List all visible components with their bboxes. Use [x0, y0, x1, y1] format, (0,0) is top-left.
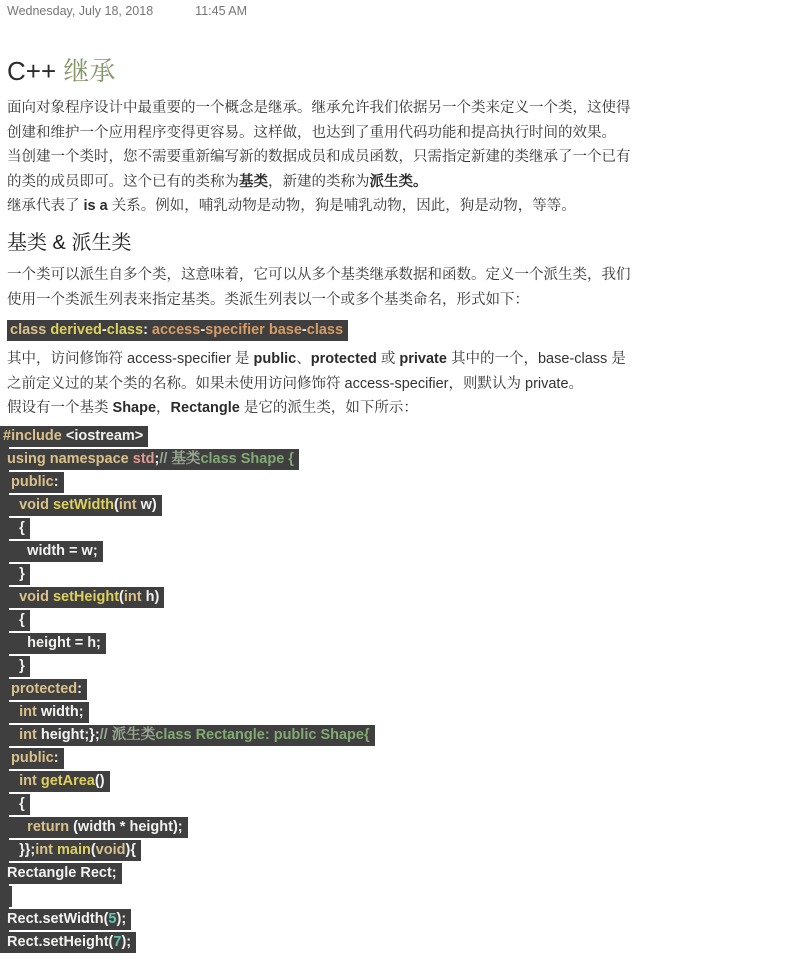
code-token: width;	[41, 704, 84, 720]
code-token: void	[3, 589, 53, 605]
code-line: width = w;	[0, 541, 792, 562]
text-run: 继承代表了	[7, 198, 84, 214]
code-token: class	[307, 322, 343, 338]
code-line: Rect.setHeight(7);	[0, 932, 792, 953]
code-line: }	[0, 564, 792, 585]
code-token: Rectangle Rect;	[3, 865, 117, 881]
text-run: 一个类可以派生自多个类，这意味着，它可以从多个基类继承数据和函数。定义一个派生类…	[7, 267, 631, 308]
text-run: 面向对象程序设计中最重要的一个概念是继承。继承允许我们依据另一个类来定义一个类，…	[7, 100, 631, 141]
text-run: 其中，访问修饰符 access-specifier 是	[7, 351, 254, 367]
code-highlight: }};int main(void){	[0, 840, 141, 861]
text-run: private	[399, 351, 447, 367]
paragraph: 当创建一个类时，您不需要重新编写新的数据成员和成员函数，只需指定新建的类继承了一…	[7, 145, 631, 194]
code-line: int getArea()	[0, 771, 792, 792]
code-line: void setWidth(int w)	[0, 495, 792, 516]
code-highlight: return (width * height);	[0, 817, 188, 838]
note-page: Wednesday, July 18, 201811:45 AM C++ 继承 …	[0, 0, 792, 953]
code-highlight: {	[0, 794, 30, 815]
code-highlight: int width;	[0, 702, 89, 723]
code-highlight: void setHeight(int h)	[0, 587, 164, 608]
code-line: return (width * height);	[0, 817, 792, 838]
text-run: ，新建的类称为	[268, 174, 370, 190]
code-highlight: height = h;	[0, 633, 106, 654]
code-token: ){	[125, 842, 135, 858]
code-line: Rectangle Rect;	[0, 863, 792, 884]
code-token: int	[3, 773, 41, 789]
code-token: public	[3, 750, 54, 766]
code-highlight: {	[0, 610, 30, 631]
paragraph: 面向对象程序设计中最重要的一个概念是继承。继承允许我们依据另一个类来定义一个类，…	[7, 96, 631, 145]
code-line: using namespace std;// 基类class Shape {	[0, 449, 792, 470]
code-block: #include <iostream> using namespace std;…	[0, 426, 792, 953]
code-token: std	[133, 451, 155, 467]
code-line	[0, 886, 792, 907]
page-meta: Wednesday, July 18, 201811:45 AM	[7, 3, 792, 19]
code-token: Rect.setHeight(	[3, 934, 113, 950]
code-token: int	[119, 497, 137, 513]
code-token: main	[57, 842, 91, 858]
code-token: class Rectangle: public Shape{	[155, 727, 369, 743]
page-time: 11:45 AM	[195, 4, 247, 18]
code-token: w)	[137, 497, 157, 513]
code-token: h)	[142, 589, 160, 605]
code-token: {	[3, 612, 25, 628]
code-line: {	[0, 518, 792, 539]
code-token: width = w;	[3, 543, 98, 559]
code-line: height = h;	[0, 633, 792, 654]
code-highlight: public:	[0, 472, 64, 493]
code-highlight: int height;};// 派生类class Rectangle: publ…	[0, 725, 375, 746]
text-run: public	[254, 351, 297, 367]
text-run: 假设有一个基类	[7, 400, 113, 416]
code-token: specifier	[205, 322, 265, 338]
code-token: void	[3, 497, 53, 513]
code-token: );	[116, 911, 126, 927]
code-highlight: int getArea()	[0, 771, 110, 792]
code-token: access	[152, 322, 200, 338]
text-run: 基类	[239, 174, 268, 190]
code-token: void	[96, 842, 126, 858]
code-token: <iostream>	[66, 428, 143, 444]
code-token: setWidth	[53, 497, 114, 513]
code-token: class	[107, 322, 143, 338]
code-token: int	[3, 704, 41, 720]
code-line: int width;	[0, 702, 792, 723]
code-line: public:	[0, 748, 792, 769]
code-token: :	[77, 681, 82, 697]
paragraph: 其中，访问修饰符 access-specifier 是 public、prote…	[7, 347, 631, 396]
code-highlight: void setWidth(int w)	[0, 495, 162, 516]
code-highlight: }	[0, 564, 30, 585]
code-token: {	[3, 796, 25, 812]
code-highlight: }	[0, 656, 30, 677]
text-run: 关系。例如，哺乳动物是动物，狗是哺乳动物，因此，狗是动物，等等。	[108, 198, 576, 214]
code-token: height;};	[41, 727, 100, 743]
code-token: (width * height);	[73, 819, 183, 835]
code-token: ()	[95, 773, 105, 789]
code-token: return	[3, 819, 73, 835]
code-token: }	[3, 658, 25, 674]
code-line: public:	[0, 472, 792, 493]
code-line: }	[0, 656, 792, 677]
code-token: :	[54, 474, 59, 490]
code-highlight	[0, 886, 12, 907]
code-line: }};int main(void){	[0, 840, 792, 861]
code-line: {	[0, 794, 792, 815]
text-run: is a	[84, 198, 108, 214]
code-token: Rect.setWidth(	[3, 911, 108, 927]
page-date: Wednesday, July 18, 2018	[7, 4, 153, 18]
text-run: ，	[156, 400, 171, 416]
text-run: Shape	[113, 400, 157, 416]
code-token: getArea	[41, 773, 95, 789]
code-token: protected	[3, 681, 77, 697]
code-highlight: {	[0, 518, 30, 539]
code-token: public	[3, 474, 54, 490]
section-heading: 基类 & 派生类	[7, 230, 792, 256]
text-run: 是它的派生类，如下所示：	[240, 400, 418, 416]
code-line: void setHeight(int h)	[0, 587, 792, 608]
code-highlight: width = w;	[0, 541, 103, 562]
text-run: protected	[311, 351, 377, 367]
code-token: // 派生类	[100, 727, 156, 743]
code-highlight: Rect.setWidth(5);	[0, 909, 131, 930]
text-run: 派生类。	[370, 174, 428, 190]
code-line: int height;};// 派生类class Rectangle: publ…	[0, 725, 792, 746]
code-highlight: public:	[0, 748, 64, 769]
code-token: // 基类	[159, 451, 200, 467]
code-line: protected:	[0, 679, 792, 700]
code-token: :	[54, 750, 59, 766]
code-token: class	[10, 322, 50, 338]
code-highlight: #include <iostream>	[0, 426, 148, 447]
paragraph: 假设有一个基类 Shape，Rectangle 是它的派生类，如下所示：	[7, 396, 631, 421]
code-token: int	[35, 842, 57, 858]
code-token: {	[3, 520, 25, 536]
code-token: int	[124, 589, 142, 605]
code-token: class Shape {	[200, 451, 294, 467]
code-token: derived	[50, 322, 102, 338]
code-token: base	[265, 322, 302, 338]
inline-code-line: class derived-class: access-specifier ba…	[7, 320, 792, 341]
code-token: }	[3, 566, 25, 582]
code-token: using namespace	[3, 451, 133, 467]
page-title: C++ 继承	[7, 56, 792, 86]
title-text-cn: 继承	[63, 56, 115, 86]
code-line: {	[0, 610, 792, 631]
code-highlight: protected:	[0, 679, 87, 700]
code-token	[3, 888, 7, 904]
code-highlight: using namespace std;// 基类class Shape {	[0, 449, 299, 470]
code-token: );	[121, 934, 131, 950]
code-token: :	[143, 322, 152, 338]
text-run: 、	[296, 351, 311, 367]
text-run: 或	[377, 351, 400, 367]
code-highlight: Rectangle Rect;	[0, 863, 122, 884]
paragraph: 一个类可以派生自多个类，这意味着，它可以从多个基类继承数据和函数。定义一个派生类…	[7, 263, 631, 312]
code-token: #include	[3, 428, 66, 444]
code-line: #include <iostream>	[0, 426, 792, 447]
content: 面向对象程序设计中最重要的一个概念是继承。继承允许我们依据另一个类来定义一个类，…	[7, 96, 792, 953]
paragraph: 继承代表了 is a 关系。例如，哺乳动物是动物，狗是哺乳动物，因此，狗是动物，…	[7, 194, 631, 219]
code-token: setHeight	[53, 589, 119, 605]
code-line: class derived-class: access-specifier ba…	[7, 320, 792, 341]
code-token: }};	[3, 842, 35, 858]
text-run: Rectangle	[171, 400, 240, 416]
title-text: C++	[7, 56, 63, 86]
code-highlight: Rect.setHeight(7);	[0, 932, 136, 953]
code-token: int	[3, 727, 41, 743]
code-line: Rect.setWidth(5);	[0, 909, 792, 930]
code-highlight: class derived-class: access-specifier ba…	[7, 320, 348, 341]
code-token: height = h;	[3, 635, 101, 651]
